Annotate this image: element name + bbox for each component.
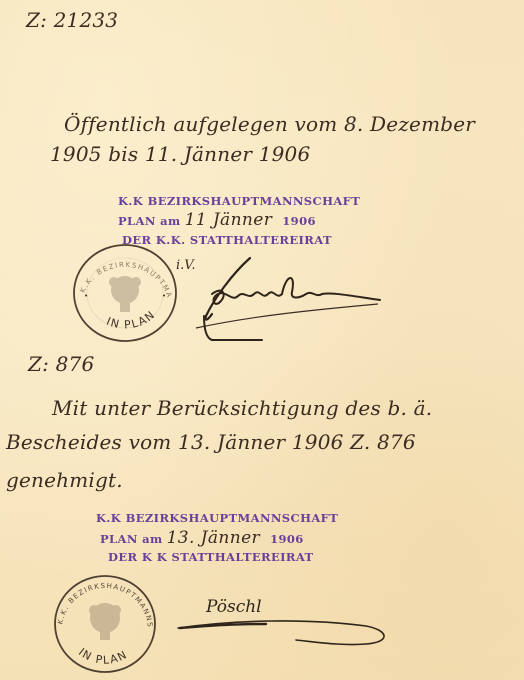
- section2-line1: Mit unter Berücksichtigung des b. ä.: [52, 396, 432, 420]
- section2-stamp-line1: K.K BEZIRKSHAUPTMANNSCHAFT: [96, 511, 338, 525]
- stamp-place-label: PLAN am: [118, 214, 181, 228]
- svg-text:•: •: [84, 292, 88, 300]
- official-seal-icon: K.K. BEZIRKSHAUPTMANNSCHAFT IN PLAN • •: [70, 240, 180, 346]
- top-reference-number: Z: 21233: [26, 8, 118, 32]
- stamp-year: 1906: [282, 214, 316, 228]
- section1-line2: 1905 bis 11. Jänner 1906: [50, 142, 310, 166]
- section1-stamp-line1: K.K BEZIRKSHAUPTMANNSCHAFT: [118, 194, 360, 208]
- official-seal-icon: K.K. BEZIRKSHAUPTMANNSCHAFT IN PLAN: [52, 572, 158, 676]
- stamp-date-handwritten: 13. Jänner: [167, 528, 260, 548]
- section2-line2: Bescheides vom 13. Jänner 1906 Z. 876: [6, 430, 416, 454]
- section2-signature: Pöschl: [166, 584, 396, 654]
- stamp-date-handwritten: 11 Jänner: [185, 210, 273, 230]
- svg-text:•: •: [162, 292, 166, 300]
- section1-signature: [192, 254, 392, 344]
- section1-stamp-line2: PLAN am11 Jänner1906: [118, 210, 316, 230]
- section2-reference-number: Z: 876: [28, 352, 94, 376]
- stamp-place-label: PLAN am: [100, 532, 163, 546]
- svg-text:IN PLAN: IN PLAN: [76, 646, 130, 667]
- section2-stamp-line2: PLAN am13. Jänner1906: [100, 528, 304, 548]
- stamp-year: 1906: [270, 532, 304, 546]
- section2-line3: genehmigt.: [6, 468, 123, 492]
- svg-text:Pöschl: Pöschl: [205, 597, 262, 617]
- svg-text:IN PLAN: IN PLAN: [104, 308, 158, 332]
- section1-line1: Öffentlich aufgelegen vom 8. Dezember: [64, 112, 475, 136]
- section2-stamp-line3: DER K K STATTHALTEREIRAT: [108, 550, 314, 564]
